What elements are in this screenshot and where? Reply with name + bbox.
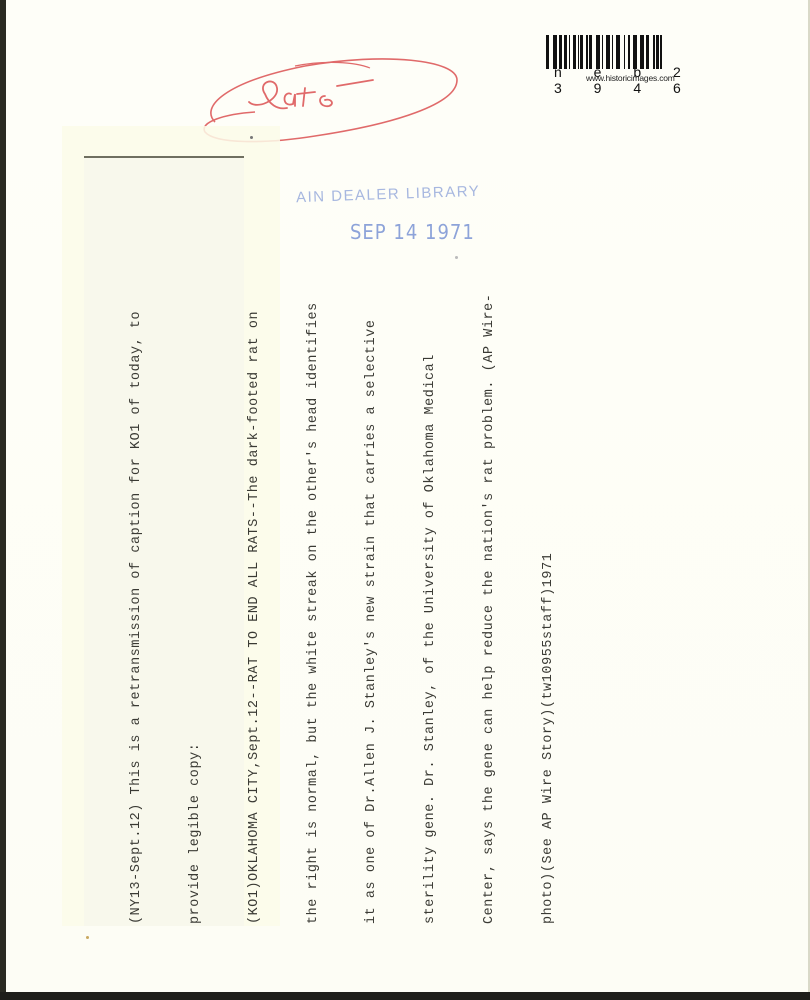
caption-line: provide legible copy:	[186, 154, 206, 924]
caption-text: (NY13-Sept.12) This is a retransmission …	[88, 154, 238, 924]
paper-speck	[455, 256, 458, 259]
caption-line: photo)(See AP Wire Story)(tw10955staff)1…	[539, 154, 559, 924]
paper-speck	[250, 136, 253, 139]
scan-left-edge	[0, 0, 6, 1000]
barcode-url: www.historicimages.com	[586, 73, 675, 83]
caption-line: Center, says the gene can help reduce th…	[480, 154, 500, 924]
paper-speck	[86, 936, 89, 939]
scan-bottom-edge	[0, 992, 810, 1000]
caption-line: the right is normal, but the white strea…	[304, 154, 324, 924]
caption-line: sterility gene. Dr. Stanley, of the Univ…	[421, 154, 441, 924]
caption-line: (NY13-Sept.12) This is a retransmission …	[127, 154, 147, 924]
caption-line: (KO1)OKLAHOMA CITY,Sept.12--RAT TO END A…	[245, 154, 265, 924]
caption-line: it as one of Dr.Allen J. Stanley's new s…	[362, 154, 382, 924]
